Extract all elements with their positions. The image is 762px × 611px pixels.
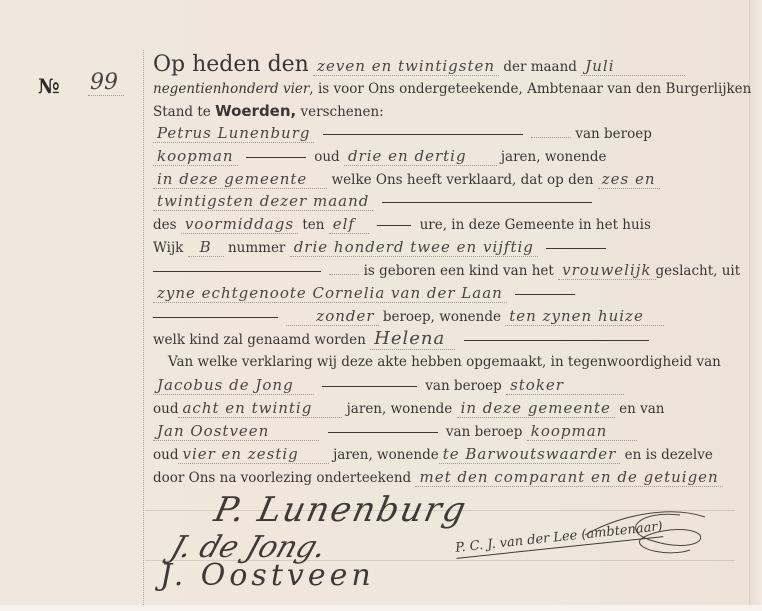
signature-witness2: J. Oostveen <box>160 558 375 593</box>
handwritten-father-name: Petrus Lunenburg <box>153 124 314 143</box>
handwritten-witness1-age: acht en twintig <box>178 399 342 418</box>
line-10: is geboren een kind van het vrouwelijkge… <box>153 259 735 281</box>
blank-rule <box>322 386 417 387</box>
bottom-strip <box>0 605 762 611</box>
print-text: van beroep <box>425 378 502 394</box>
print-text: jaren, wonende <box>347 401 453 417</box>
print-text: jaren, wonende <box>501 149 607 165</box>
print-text: jaren, wonende <box>333 447 439 463</box>
line-13: welk kind zal genaamd worden Helena <box>153 328 735 350</box>
dotted-fill <box>329 273 359 275</box>
handwritten-witness2-residence: te Barwoutswaarder <box>439 445 621 464</box>
print-text: des <box>153 217 177 233</box>
line-16: oudacht en twintig jaren, wonende in dez… <box>153 397 735 419</box>
handwritten-residence: in deze gemeente <box>153 170 327 189</box>
blank-rule <box>328 432 438 433</box>
print-text: van beroep <box>575 126 652 142</box>
handwritten-month: Juli <box>581 57 684 76</box>
print-year: negentienhonderd vier <box>153 81 309 97</box>
line-6: in deze gemeente welke Ons heeft verklaa… <box>153 168 735 190</box>
print-text: welk kind zal genaamd worden <box>153 332 366 348</box>
place-name: Woerden, <box>215 102 296 120</box>
handwritten-witness2-age: vier en zestig <box>178 445 328 464</box>
handwritten-occupation: koopman <box>153 147 238 166</box>
print-text: van beroep <box>446 424 523 440</box>
print-text: nummer <box>228 240 285 256</box>
line-12: zonder beroep, wonende ten zynen huize <box>153 305 735 327</box>
handwritten-witness2-occupation: koopman <box>527 422 638 441</box>
print-text: verschenen: <box>301 104 384 120</box>
handwritten-house-number: drie honderd twee en vijftig <box>290 238 538 257</box>
print-text: oud <box>153 401 178 417</box>
line-8: des voormiddags ten elf ure, in deze Gem… <box>153 213 735 235</box>
line-14: Van welke verklaring wij deze akte hebbe… <box>168 351 750 373</box>
line-11: zyne echtgenoote Cornelia van der Laan <box>153 282 735 304</box>
handwritten-mother-name: zyne echtgenoote Cornelia van der Laan <box>153 284 507 303</box>
line-7: twintigsten dezer maand <box>153 190 735 212</box>
handwritten-age: drie en dertig <box>344 147 497 166</box>
signature-flourish <box>580 495 710 570</box>
line-3: Stand te Woerden, verschenen: <box>153 100 735 122</box>
print-text: Van welke verklaring wij deze akte hebbe… <box>168 354 721 370</box>
blank-rule <box>464 340 649 341</box>
print-text: beroep, wonende <box>383 309 501 325</box>
line-17: Jan Oostveen van beroep koopman <box>153 420 735 442</box>
handwritten-child-name: Helena <box>370 328 455 350</box>
print-text: oud <box>153 447 178 463</box>
blank-rule <box>377 225 411 226</box>
blank-rule <box>246 157 306 158</box>
handwritten-day: zeven en twintigsten <box>313 57 499 76</box>
handwritten-mother-residence: ten zynen huize <box>505 307 664 326</box>
blank-rule <box>153 317 278 318</box>
print-text: oud <box>314 149 339 165</box>
handwritten-mother-occupation: zonder <box>286 307 378 326</box>
handwritten-birth-day: zes en <box>598 170 660 189</box>
line-5: koopman oud drie en dertig jaren, wonend… <box>153 145 735 167</box>
handwritten-witness1-residence: in deze gemeente <box>457 399 615 418</box>
print-text: Op heden den <box>153 52 309 77</box>
line-1: Op heden den zeven en twintigsten der ma… <box>153 54 735 76</box>
record-number-label: № <box>38 74 60 98</box>
blank-rule <box>515 294 575 295</box>
print-text: Wijk <box>153 240 183 256</box>
print-text: geslacht, uit <box>656 263 741 279</box>
line-4: Petrus Lunenburg van beroep <box>153 122 735 144</box>
line-15: Jacobus de Jong van beroep stoker <box>153 374 735 396</box>
signature-father: P. Lunenburg <box>211 490 471 530</box>
handwritten-time-of-day: voormiddags <box>181 215 298 234</box>
handwritten-district: B <box>188 238 224 257</box>
handwritten-witness1-occupation: stoker <box>506 376 624 395</box>
handwritten-hour: elf <box>329 215 369 234</box>
handwritten-birth-day-cont: twintigsten dezer maand <box>153 192 373 211</box>
print-text: der maand <box>503 59 577 75</box>
print-text: welke Ons heeft verklaard, dat op den <box>332 172 594 188</box>
dotted-fill <box>531 136 571 138</box>
print-text: en van <box>619 401 664 417</box>
line-18: oudvier en zestig jaren, wonendete Barwo… <box>153 443 735 465</box>
line-2: negentienhonderd vier, is voor Ons onder… <box>153 78 735 100</box>
print-text: ure, in deze Gemeente in het huis <box>420 217 651 233</box>
handwritten-sex: vrouwelijk <box>558 261 655 280</box>
print-text: , is voor Ons ondergeteekende, Ambtenaar… <box>309 81 751 97</box>
print-text: ten <box>302 217 324 233</box>
blank-rule <box>323 134 523 135</box>
print-text: Stand te <box>153 104 211 120</box>
handwritten-witness1-name: Jacobus de Jong <box>153 376 314 395</box>
blank-rule <box>153 271 321 272</box>
print-text: door Ons na voorlezing onderteekend <box>153 470 411 486</box>
print-text: is geboren een kind van het <box>364 263 554 279</box>
print-text: en is dezelve <box>625 447 713 463</box>
handwritten-signing-note: met den comparant en de getuigen <box>415 468 722 487</box>
handwritten-witness2-name: Jan Oostveen <box>153 422 319 441</box>
record-number: 99 <box>88 70 124 96</box>
line-19: door Ons na voorlezing onderteekend met … <box>153 466 735 488</box>
blank-rule <box>546 248 606 249</box>
margin-line <box>143 50 144 605</box>
blank-rule <box>382 202 592 203</box>
line-9: Wijk B nummer drie honderd twee en vijft… <box>153 236 735 258</box>
